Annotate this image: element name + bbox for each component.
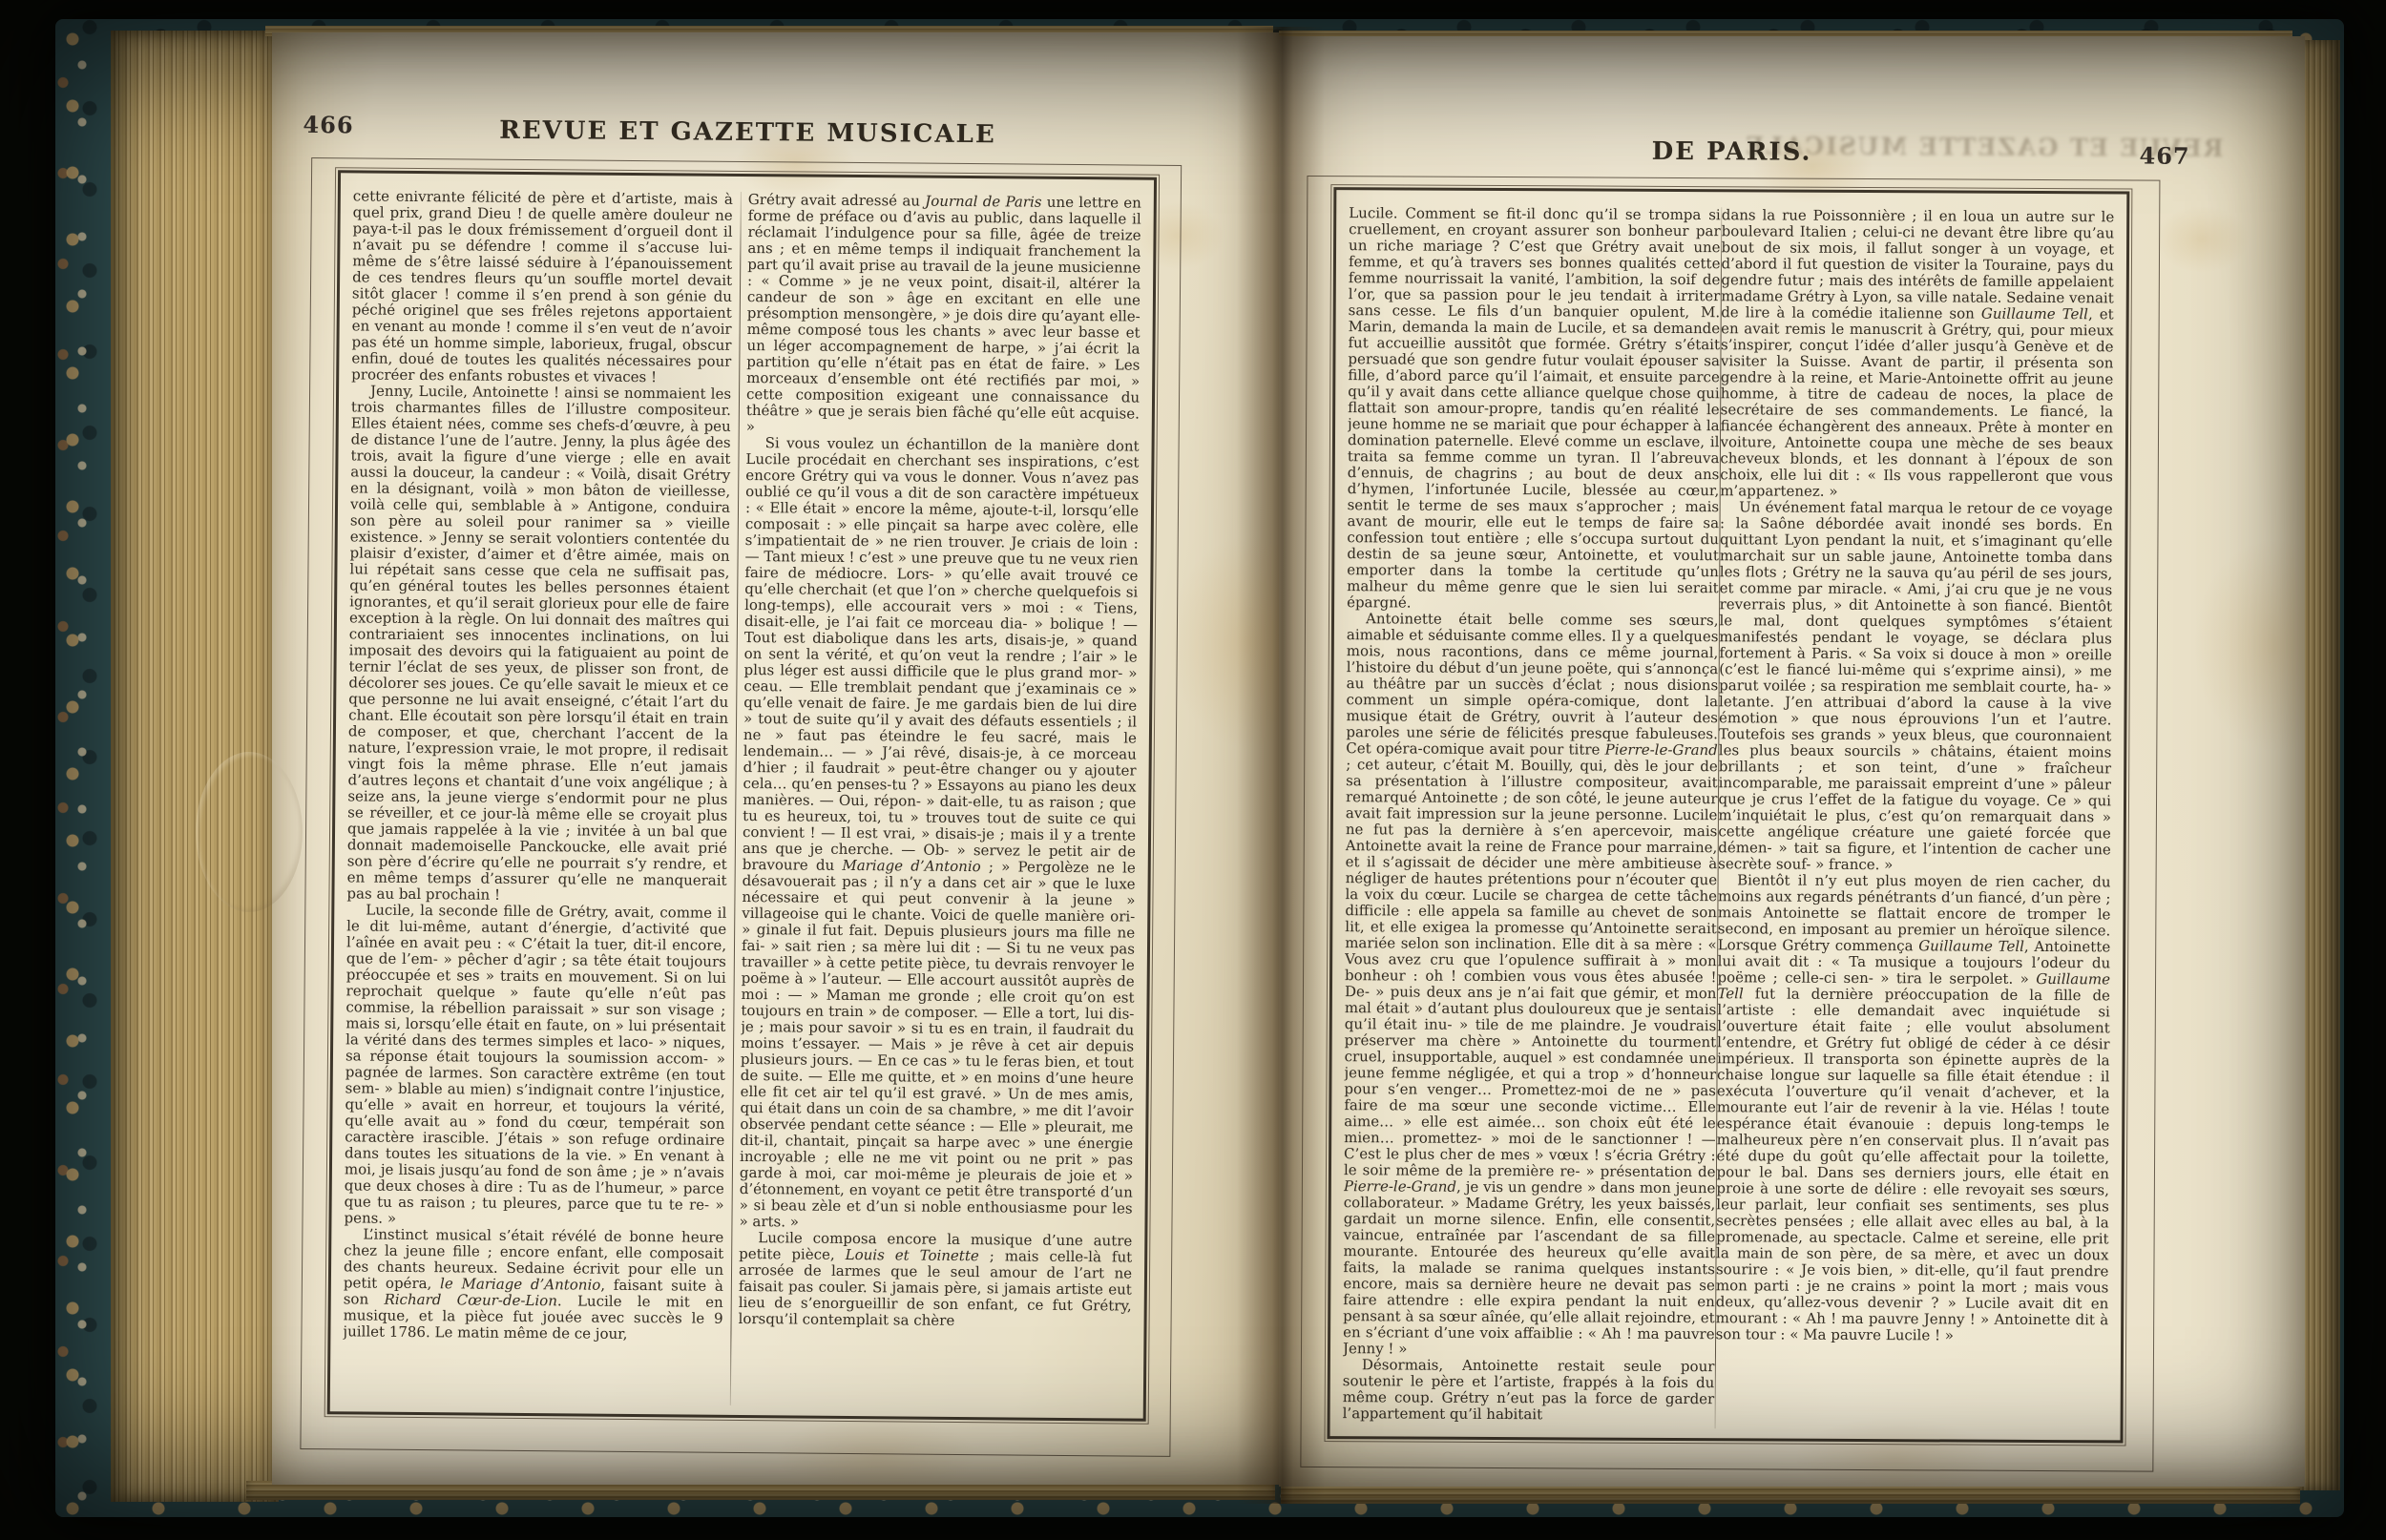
paragraph: Lucile composa encore la musique d’une a… — [739, 1230, 1133, 1331]
page-left: 466 REVUE ET GAZETTE MUSICALE cette eniv… — [272, 32, 1279, 1485]
text-column: cette enivrante félicité de père et d’ar… — [343, 188, 733, 1405]
paragraph: Bientôt il n’y eut plus moyen de rien ca… — [1716, 872, 2111, 1344]
paragraph: Si vous voulez un échantillon de la mani… — [739, 435, 1139, 1234]
paragraph: cette enivrante félicité de père et d’ar… — [351, 188, 733, 385]
page-right: REVUE ET GAZETTE MUSICALE DE PARIS. 467 … — [1279, 36, 2305, 1487]
running-title-right: DE PARIS. — [1334, 135, 2130, 168]
paragraph: Antoinette était belle comme ses sœurs, … — [1343, 611, 1719, 1359]
text-column: Lucile. Comment se fit-il donc qu’il se … — [1343, 205, 1721, 1428]
page-edges-left — [111, 31, 279, 1502]
paragraph: Lucile, la seconde fille de Grétry, avai… — [344, 902, 726, 1229]
paragraph: Lucile. Comment se fit-il donc qu’il se … — [1347, 205, 1721, 613]
text-column: dans la rue Poissonnière ; il en loua un… — [1715, 207, 2114, 1430]
page-edges-bottom-right — [1281, 1485, 2300, 1504]
page-number-right: 467 — [2139, 142, 2189, 170]
paragraph: L’instinct musical s’était révélé de bon… — [343, 1226, 723, 1342]
text-frame-right: Lucile. Comment se fit-il donc qu’il se … — [1328, 187, 2130, 1443]
paragraph: dans la rue Poissonnière ; il en loua un… — [1720, 207, 2114, 501]
paragraph: Un événement fatal marqua le retour de c… — [1718, 499, 2113, 874]
text-column: Grétry avait adressé au Journal de Paris… — [738, 192, 1141, 1409]
paragraph: Jenny, Lucile, Antoinette ! ainsi se nom… — [346, 383, 731, 905]
text-frame-left: cette enivrante félicité de père et d’ar… — [327, 170, 1157, 1421]
paragraph: Désormais, Antoinette restait seule pour… — [1343, 1357, 1715, 1424]
paragraph: Grétry avait adressé au Journal de Paris… — [746, 192, 1141, 439]
running-title-left: REVUE ET GAZETTE MUSICALE — [338, 114, 1157, 150]
